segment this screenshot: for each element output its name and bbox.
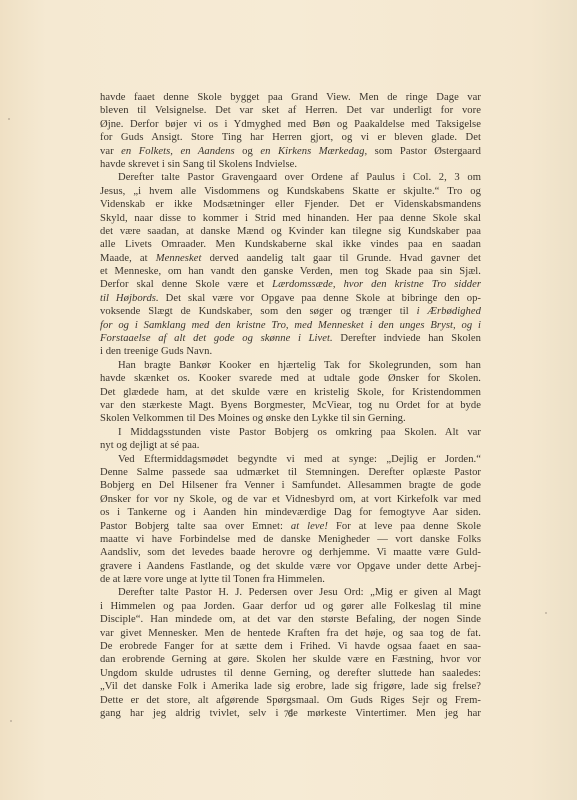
text-line: de at lære vore unge at lytte til Tonen …: [100, 573, 481, 586]
text-run: I Middagsstunden viste Pastor Bobjerg os…: [118, 427, 481, 438]
text-run: Det glædede ham, at det skulde være en k…: [100, 387, 481, 398]
text-line: var givet Mennesker. Men de hentede Kraf…: [100, 627, 481, 640]
italic-run: Forstaaelse af alt det gode og skønne i …: [100, 333, 333, 344]
text-line: var den stærkeste Magt. Byens Borgmester…: [100, 399, 481, 412]
italic-run: at leve!: [291, 521, 328, 532]
text-line: var en Folkets, en Aandens og en Kirkens…: [100, 145, 481, 158]
page-number: 75: [0, 709, 577, 719]
text-line: et Menneske, om han vandt den ganske Ver…: [100, 265, 481, 278]
text-run: Skyld, naar disse to kommer i Strid med …: [100, 213, 481, 224]
text-line: Jesus, „i hvem alle Visdommens og Kundsk…: [100, 185, 481, 198]
scanned-page: havde faaet denne Skole bygget paa Grand…: [0, 0, 577, 800]
text-run: i den treenige Guds Navn.: [100, 346, 212, 357]
text-line: Ved Eftermiddagsmødet begyndte vi med at…: [100, 453, 481, 466]
text-line: Han bragte Bankør Kooker en hjærtelig Ta…: [100, 359, 481, 372]
text-run: havde skænket os. Kooker svarede med at …: [100, 373, 481, 384]
text-run: Denne Salme passede saa udmærket til Ste…: [100, 467, 481, 478]
text-line: Maade, at Mennesket derved aandelig talt…: [100, 252, 481, 265]
italic-run: en Folkets, en Aandens: [121, 146, 235, 157]
text-run: Pastor Bobjerg talte saa over Emnet:: [100, 521, 291, 532]
text-run: som Pastor Østergaard: [367, 146, 481, 157]
text-line: dan erobrende Gerning at gøre. Skolen he…: [100, 653, 481, 666]
text-line: alle Livets Omraader. Men Kundskaberne s…: [100, 238, 481, 251]
text-line: for og i Samklang med den kristne Tro, m…: [100, 319, 481, 332]
text-run: Dette er det store, alt afgørende Spørgs…: [100, 695, 481, 706]
text-run: Derefter talte Pastor Gravengaard over O…: [118, 172, 481, 183]
text-line: I Middagsstunden viste Pastor Bobjerg os…: [100, 426, 481, 439]
text-run: og: [235, 146, 261, 157]
text-run: maatte vi have Forbindelse med de danske…: [100, 534, 481, 545]
text-run: Disciple“. Han mindede om, at det var de…: [100, 614, 481, 625]
text-run: var den stærkeste Magt. Byens Borgmester…: [100, 400, 481, 411]
paragraph: Ved Eftermiddagsmødet begyndte vi med at…: [100, 453, 481, 587]
text-line: det være saadan, at danske Mænd og Kvind…: [100, 225, 481, 238]
text-run: derved aandelig talt gaar til Grunde. Hv…: [201, 253, 481, 264]
paper-speck: [8, 118, 10, 120]
paragraph: Derefter talte Pastor Gravengaard over O…: [100, 171, 481, 358]
text-line: i Himmelen og paa Jorden. Gaar derfor ud…: [100, 600, 481, 613]
text-line: havde faaet denne Skole bygget paa Grand…: [100, 91, 481, 104]
text-run: nyt og dejligt at sé paa.: [100, 440, 200, 451]
text-run: var: [100, 146, 121, 157]
text-run: bleven til Velsignelse. Det var sket af …: [100, 105, 481, 116]
text-run: alle Livets Omraader. Men Kundskaberne s…: [100, 239, 481, 250]
text-line: Derefter talte Pastor Gravengaard over O…: [100, 171, 481, 184]
text-line: til Højbords. Det skal være vor Opgave p…: [100, 292, 481, 305]
text-line: Dette er det store, alt afgørende Spørgs…: [100, 694, 481, 707]
text-run: Derefter talte Pastor H. J. Pedersen ove…: [118, 587, 481, 598]
text-line: „Vil det danske Folk i Amerika lade sig …: [100, 680, 481, 693]
text-run: Derfor skal denne Skole være et: [100, 279, 272, 290]
text-run: Jesus, „i hvem alle Visdommens og Kundsk…: [100, 186, 481, 197]
text-run: i Himmelen og paa Jorden. Gaar derfor ud…: [100, 601, 481, 612]
text-run: Videnskab er ikke Modsætninger eller Fje…: [100, 199, 481, 210]
text-run: Aandsliv, som det levedes baade herovre …: [100, 547, 481, 558]
text-run: for Guds Ansigt. Store Ting har Herren g…: [100, 132, 481, 143]
text-run: os i Tankerne og i Aanden hin mindeværdi…: [100, 507, 481, 518]
italic-run: en Kirkens Mærkedag,: [260, 146, 367, 157]
text-run: Derefter indviede han Skolen: [333, 333, 481, 344]
text-run: Det skal være vor Opgave paa denne Skole…: [159, 293, 481, 304]
text-line: Ungdom skulde udrustes til denne Gerning…: [100, 667, 481, 680]
text-run: Øjne. Derfor bøjer vi os i Ydmyghed med …: [100, 119, 481, 130]
text-run: For at leve paa denne Skole: [328, 521, 481, 532]
text-run: de at lære vore unge at lytte til Tonen …: [100, 574, 325, 585]
text-line: Øjne. Derfor bøjer vi os i Ydmyghed med …: [100, 118, 481, 131]
paragraph: I Middagsstunden viste Pastor Bobjerg os…: [100, 426, 481, 453]
text-line: gravere i Aandens Fastlande, og det skul…: [100, 560, 481, 573]
text-line: Denne Salme passede saa udmærket til Ste…: [100, 466, 481, 479]
italic-run: i Ærbødighed: [417, 306, 481, 317]
text-run: „Vil det danske Folk i Amerika lade sig …: [100, 681, 481, 692]
text-run: voksende Slægt de Kundskaber, som den sø…: [100, 306, 417, 317]
text-line: nyt og dejligt at sé paa.: [100, 439, 481, 452]
text-run: Ønsker for vor ny Skole, og de var et Vi…: [100, 494, 481, 505]
text-line: Derfor skal denne Skole være et Lærdomss…: [100, 278, 481, 291]
paragraph: Derefter talte Pastor H. J. Pedersen ove…: [100, 586, 481, 720]
text-line: os i Tankerne og i Aanden hin mindeværdi…: [100, 506, 481, 519]
italic-run: Mennesket: [156, 253, 202, 264]
text-run: gravere i Aandens Fastlande, og det skul…: [100, 561, 481, 572]
text-line: Skolen Velkommen til Des Moines og ønske…: [100, 412, 481, 425]
text-line: Det glædede ham, at det skulde være en k…: [100, 386, 481, 399]
text-run: Maade, at: [100, 253, 156, 264]
text-line: voksende Slægt de Kundskaber, som den sø…: [100, 305, 481, 318]
paragraph: Han bragte Bankør Kooker en hjærtelig Ta…: [100, 359, 481, 426]
text-run: Ved Eftermiddagsmødet begyndte vi med at…: [118, 454, 481, 465]
text-line: De erobrede Fanger for at sætte dem i Fr…: [100, 640, 481, 653]
paper-speck: [545, 612, 547, 614]
text-run: dan erobrende Gerning at gøre. Skolen he…: [100, 654, 481, 665]
paragraph: havde faaet denne Skole bygget paa Grand…: [100, 91, 481, 171]
text-run: var givet Mennesker. Men de hentede Kraf…: [100, 628, 481, 639]
text-run: Skolen Velkommen til Des Moines og ønske…: [100, 413, 406, 424]
text-line: Skyld, naar disse to kommer i Strid med …: [100, 212, 481, 225]
text-run: det være saadan, at danske Mænd og Kvind…: [100, 226, 481, 237]
text-run: et Menneske, om han vandt den ganske Ver…: [100, 266, 481, 277]
paper-speck: [10, 720, 12, 722]
text-line: bleven til Velsignelse. Det var sket af …: [100, 104, 481, 117]
text-line: Bobjerg en Del Hilsener fra Venner i Sam…: [100, 479, 481, 492]
text-line: for Guds Ansigt. Store Ting har Herren g…: [100, 131, 481, 144]
text-run: havde skrevet i sin Sang til Skolens Ind…: [100, 159, 297, 170]
text-line: Forstaaelse af alt det gode og skønne i …: [100, 332, 481, 345]
text-line: havde skrevet i sin Sang til Skolens Ind…: [100, 158, 481, 171]
text-line: havde skænket os. Kooker svarede med at …: [100, 372, 481, 385]
body-text: havde faaet denne Skole bygget paa Grand…: [100, 91, 481, 720]
text-run: Ungdom skulde udrustes til denne Gerning…: [100, 668, 481, 679]
text-run: havde faaet denne Skole bygget paa Grand…: [100, 92, 481, 103]
italic-run: til Højbords.: [100, 293, 159, 304]
italic-run: Lærdomssæde, hvor den kristne Tro sidder: [272, 279, 481, 290]
text-line: Aandsliv, som det levedes baade herovre …: [100, 546, 481, 559]
text-line: Videnskab er ikke Modsætninger eller Fje…: [100, 198, 481, 211]
text-line: Pastor Bobjerg talte saa over Emnet: at …: [100, 520, 481, 533]
text-run: De erobrede Fanger for at sætte dem i Fr…: [100, 641, 481, 652]
text-run: Han bragte Bankør Kooker en hjærtelig Ta…: [118, 360, 481, 371]
text-line: i den treenige Guds Navn.: [100, 345, 481, 358]
text-line: maatte vi have Forbindelse med de danske…: [100, 533, 481, 546]
text-line: Derefter talte Pastor H. J. Pedersen ove…: [100, 586, 481, 599]
text-run: Bobjerg en Del Hilsener fra Venner i Sam…: [100, 480, 481, 491]
text-line: Ønsker for vor ny Skole, og de var et Vi…: [100, 493, 481, 506]
italic-run: for og i Samklang med den kristne Tro, m…: [100, 320, 481, 331]
text-line: Disciple“. Han mindede om, at det var de…: [100, 613, 481, 626]
